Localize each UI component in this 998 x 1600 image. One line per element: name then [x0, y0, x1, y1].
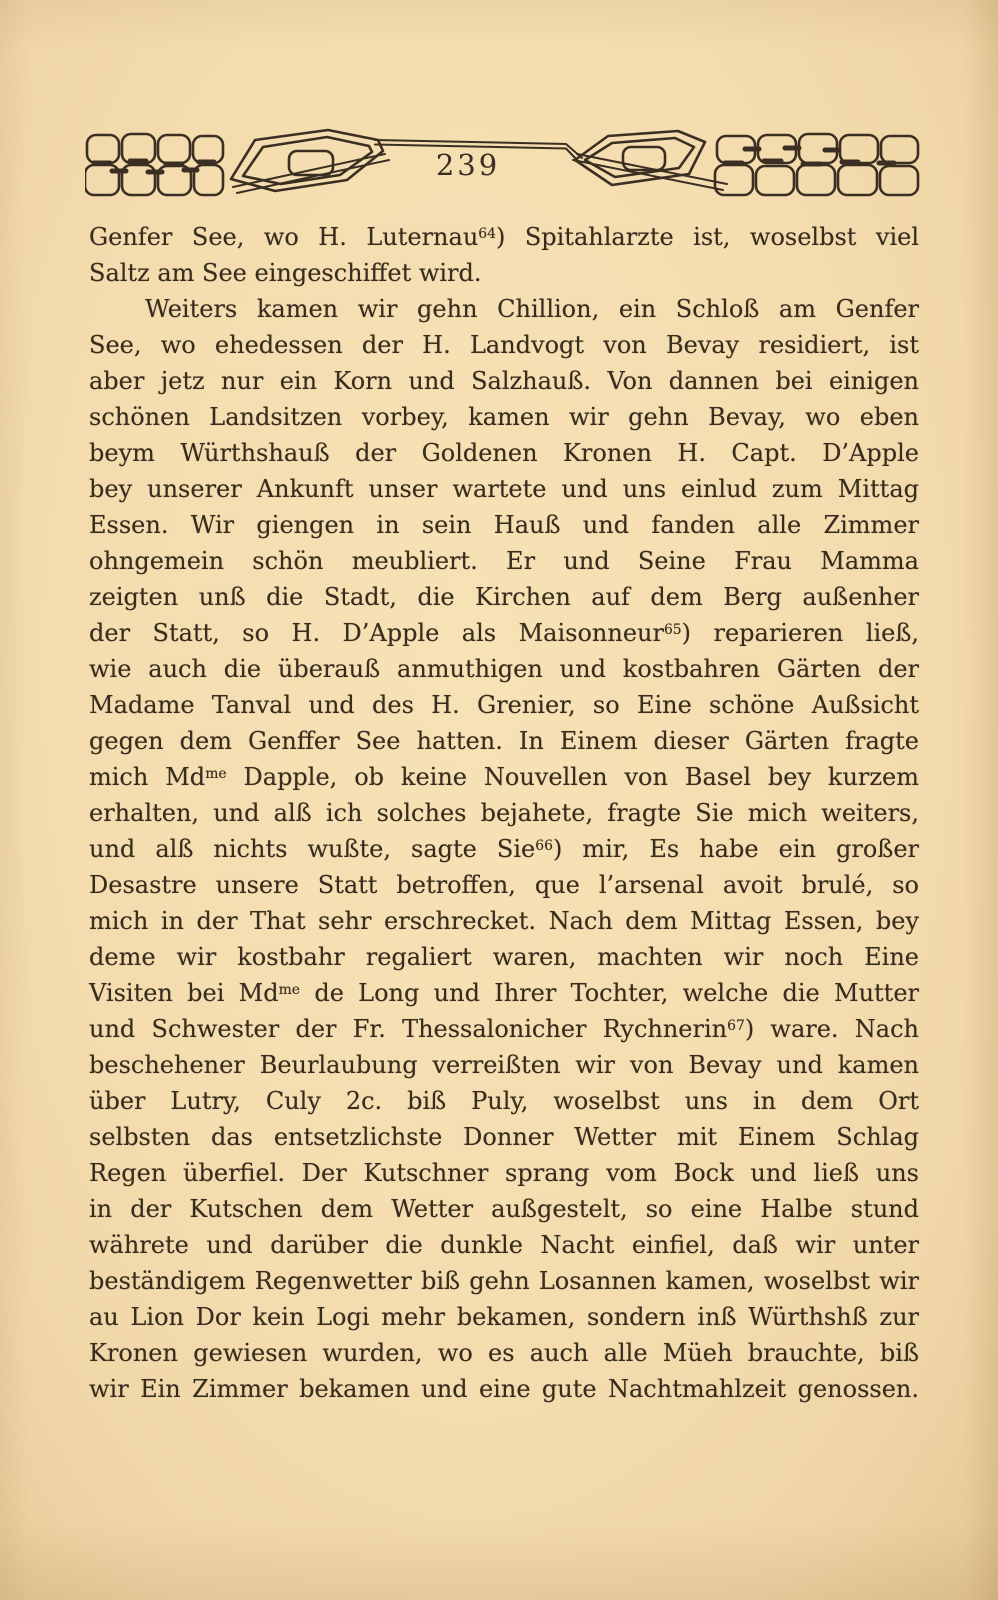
book-page: 239 Genfer See, wo H. Luternau64) Spitah…	[0, 0, 998, 1600]
text-line: der Statt, so H. D’Apple als Maisonneur6…	[89, 615, 919, 651]
text-line: mich in der That sehr erschrecket. Nach …	[89, 903, 919, 939]
text-segment: und Schwester der Fr. Thessalonicher Ryc…	[89, 1015, 727, 1043]
text-segment: wie auch die überauß anmuthigen und kost…	[89, 655, 919, 683]
text-line: mich Mdme Dapple, ob keine Nouvellen von…	[89, 759, 919, 795]
text-segment: Desastre unsere Statt betroffen, que l’a…	[89, 871, 919, 899]
text-segment: deme wir kostbahr regaliert waren, macht…	[89, 943, 919, 971]
ornament-left-ribbon	[231, 130, 389, 193]
text-segment: währete und darüber die dunkle Nacht ein…	[89, 1231, 919, 1259]
text-segment: wir Ein Zimmer bekamen und eine gute Nac…	[89, 1375, 919, 1403]
footnote-ref: 64	[478, 226, 496, 242]
footnote-ref: 66	[535, 838, 553, 854]
page-number: 239	[436, 148, 500, 182]
text-line: zeigten unß die Stadt, die Kirchen auf d…	[89, 579, 919, 615]
text-segment: mich in der That sehr erschrecket. Nach …	[89, 907, 919, 935]
text-line: Madame Tanval und des H. Grenier, so Ein…	[89, 687, 919, 723]
text-segment: über Lutry, Culy 2c. biß Puly, woselbst …	[89, 1087, 919, 1115]
header-ornament	[85, 127, 920, 205]
footnote-ref: me	[279, 982, 300, 998]
text-line: und alß nichts wußte, sagte Sie66) mir, …	[89, 831, 919, 867]
text-line: währete und darüber die dunkle Nacht ein…	[89, 1227, 919, 1263]
paragraph: Weiters kamen wir gehn Chillion, ein Sch…	[89, 291, 919, 1407]
text-line: deme wir kostbahr regaliert waren, macht…	[89, 939, 919, 975]
text-line: Essen. Wir giengen in sein Hauß und fand…	[89, 507, 919, 543]
text-segment: in der Kutschen dem Wetter außgestelt, s…	[89, 1195, 919, 1223]
text-line: und Schwester der Fr. Thessalonicher Ryc…	[89, 1011, 919, 1047]
text-line: au Lion Dor kein Logi mehr bekamen, sond…	[89, 1299, 919, 1335]
text-segment: beständigem Regenwetter biß gehn Losanne…	[89, 1267, 919, 1295]
text-line: wir Ein Zimmer bekamen und eine gute Nac…	[89, 1371, 919, 1407]
text-segment: bey unserer Ankunft unser wartete und un…	[89, 475, 919, 503]
text-line: Desastre unsere Statt betroffen, que l’a…	[89, 867, 919, 903]
text-segment: Madame Tanval und des H. Grenier, so Ein…	[89, 691, 919, 719]
text-line: bey unserer Ankunft unser wartete und un…	[89, 471, 919, 507]
text-line: ohngemein schön meubliert. Er und Seine …	[89, 543, 919, 579]
text-segment: Visiten bei Md	[89, 979, 279, 1007]
ornament-right-ribbon	[566, 131, 727, 190]
footnote-ref: 67	[727, 1018, 745, 1034]
text-line: beständigem Regenwetter biß gehn Losanne…	[89, 1263, 919, 1299]
text-line: Regen überfiel. Der Kutschner sprang vom…	[89, 1155, 919, 1191]
text-segment: beschehener Beurlaubung verreißten wir v…	[89, 1051, 919, 1079]
text-segment: beym Würthshauß der Goldenen Kronen H. C…	[89, 439, 919, 467]
text-line: Saltz am See eingeschiffet wird.	[89, 255, 919, 291]
text-line: erhalten, und alß ich solches bejahete, …	[89, 795, 919, 831]
text-line: beym Würthshauß der Goldenen Kronen H. C…	[89, 435, 919, 471]
text-block: Genfer See, wo H. Luternau64) Spitahlarz…	[89, 219, 919, 1407]
text-segment: der Statt, so H. D’Apple als Maisonneur	[89, 619, 664, 647]
text-line: wie auch die überauß anmuthigen und kost…	[89, 651, 919, 687]
text-line: selbsten das entsetzlichste Donner Wette…	[89, 1119, 919, 1155]
footnote-ref: 65	[664, 622, 682, 638]
text-segment: ohngemein schön meubliert. Er und Seine …	[89, 547, 919, 575]
text-segment: selbsten das entsetzlichste Donner Wette…	[89, 1123, 919, 1151]
text-segment: mich Md	[89, 763, 205, 791]
text-line: gegen dem Genffer See hatten. In Einem d…	[89, 723, 919, 759]
text-segment: Kronen gewiesen wurden, wo es auch alle …	[89, 1339, 919, 1367]
text-line: Weiters kamen wir gehn Chillion, ein Sch…	[89, 291, 919, 327]
text-segment: und alß nichts wußte, sagte Sie	[89, 835, 535, 863]
text-segment: ) Spitahlarzte ist, woselbst viel	[496, 223, 919, 251]
text-segment: au Lion Dor kein Logi mehr bekamen, sond…	[89, 1303, 919, 1331]
text-segment: Weiters kamen wir gehn Chillion, ein Sch…	[145, 295, 919, 323]
text-segment: ) ware. Nach	[745, 1015, 919, 1043]
text-segment: See, wo ehedessen der H. Landvogt von Be…	[89, 331, 919, 359]
page-header: 239	[0, 0, 998, 215]
text-segment: schönen Landsitzen vorbey, kamen wir geh…	[89, 403, 919, 431]
text-line: See, wo ehedessen der H. Landvogt von Be…	[89, 327, 919, 363]
text-segment: ) mir, Es habe ein großer	[553, 835, 919, 863]
text-line: Visiten bei Mdme de Long und Ihrer Tocht…	[89, 975, 919, 1011]
paragraph: Genfer See, wo H. Luternau64) Spitahlarz…	[89, 219, 919, 291]
text-line: schönen Landsitzen vorbey, kamen wir geh…	[89, 399, 919, 435]
ornament-right-stones	[715, 134, 918, 195]
text-segment: Regen überfiel. Der Kutschner sprang vom…	[89, 1159, 919, 1187]
text-segment: Genfer See, wo H. Luternau	[89, 223, 478, 251]
text-segment: aber jetz nur ein Korn und Salzhauß. Von…	[89, 367, 919, 395]
ornament-left-stones	[85, 134, 223, 195]
footnote-ref: me	[205, 766, 226, 782]
text-segment: erhalten, und alß ich solches bejahete, …	[89, 799, 919, 827]
text-segment: zeigten unß die Stadt, die Kirchen auf d…	[89, 583, 919, 611]
text-line: beschehener Beurlaubung verreißten wir v…	[89, 1047, 919, 1083]
text-line: Kronen gewiesen wurden, wo es auch alle …	[89, 1335, 919, 1371]
text-line: Genfer See, wo H. Luternau64) Spitahlarz…	[89, 219, 919, 255]
text-segment: Saltz am See eingeschiffet wird.	[89, 259, 482, 287]
text-segment: de Long und Ihrer Tochter, welche die Mu…	[300, 979, 919, 1007]
text-line: über Lutry, Culy 2c. biß Puly, woselbst …	[89, 1083, 919, 1119]
text-segment: Dapple, ob keine Nouvellen von Basel bey…	[227, 763, 919, 791]
text-line: aber jetz nur ein Korn und Salzhauß. Von…	[89, 363, 919, 399]
text-line: in der Kutschen dem Wetter außgestelt, s…	[89, 1191, 919, 1227]
text-segment: gegen dem Genffer See hatten. In Einem d…	[89, 727, 919, 755]
text-segment: Essen. Wir giengen in sein Hauß und fand…	[89, 511, 919, 539]
text-segment: ) reparieren ließ,	[682, 619, 919, 647]
